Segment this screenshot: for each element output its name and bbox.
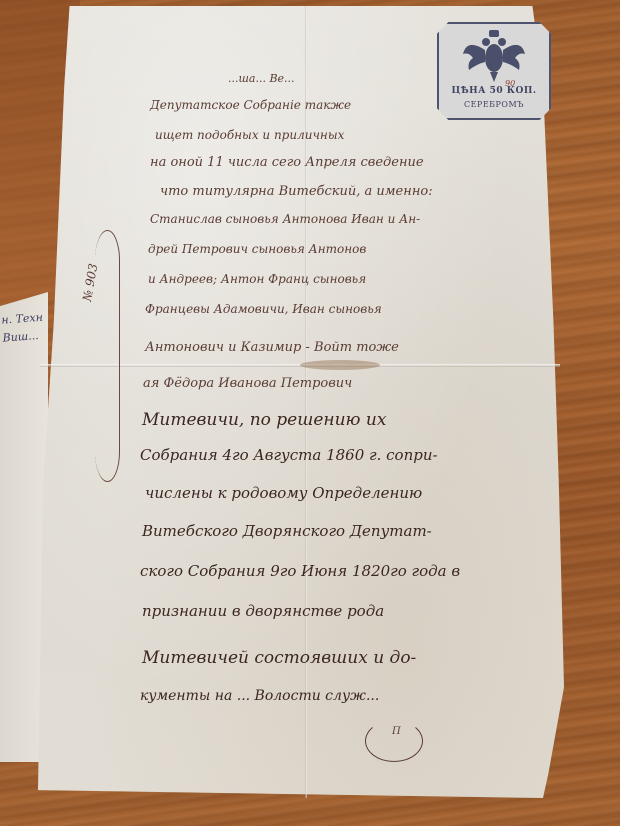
stamp-handwritten-correction: 90 [505,79,515,88]
paper-tear [300,360,380,370]
document-line: Витебского Дворянского Депутат- [142,522,432,540]
document-line: признании в дворянстве рода [142,602,384,620]
document-line: ского Собрания 9го Июня 1820го года в [140,562,460,580]
stamp-unit: СЕРЕБРОМЪ [439,100,549,109]
document-line: Митевичи, по решению их [142,410,386,430]
document-line: Депутатское Собраніе также [150,98,351,112]
revenue-stamp: ЦѢНА 50 КОП. СЕРЕБРОМЪ 90 [437,22,551,120]
document-line: Францевы Адамовичи, Иван сыновья [145,302,382,316]
document-line: ...ша... Ве... [228,72,295,85]
document-line: Собрания 4го Августа 1860 г. сопри- [140,446,438,464]
document-line: что титулярна Витебский, а именно: [160,184,433,199]
adjacent-sheet-line: н. Техн [1,308,48,329]
document-line: ищет подобных и приличных [155,128,344,142]
document-line: Станислав сыновья Антонова Иван и Ан- [150,212,420,226]
document-line: Антонович и Казимир - Войт тоже [145,340,399,355]
document-line: кументы на ... Волости служ... [140,688,379,704]
document-line: и Андреев; Антон Франц сыновья [148,272,366,286]
document-line: на оной 11 числа сего Апреля сведение [150,155,424,170]
vertical-fold-crease [305,6,307,798]
document-line: ая Фёдора Иванова Петрович [143,376,352,391]
document-line: Митевичей состоявших и до- [142,648,416,668]
closing-mark: П [392,726,401,737]
double-headed-eagle-icon [459,28,529,84]
stamp-price: ЦѢНА 50 КОП. [439,86,549,96]
adjacent-sheet-line: Виш... [2,326,49,347]
document-line: числены к родовому Определению [145,484,422,502]
adjacent-sheet-text: н. Техн Виш... [1,308,49,347]
document-line: дрей Петрович сыновья Антонов [148,242,366,256]
